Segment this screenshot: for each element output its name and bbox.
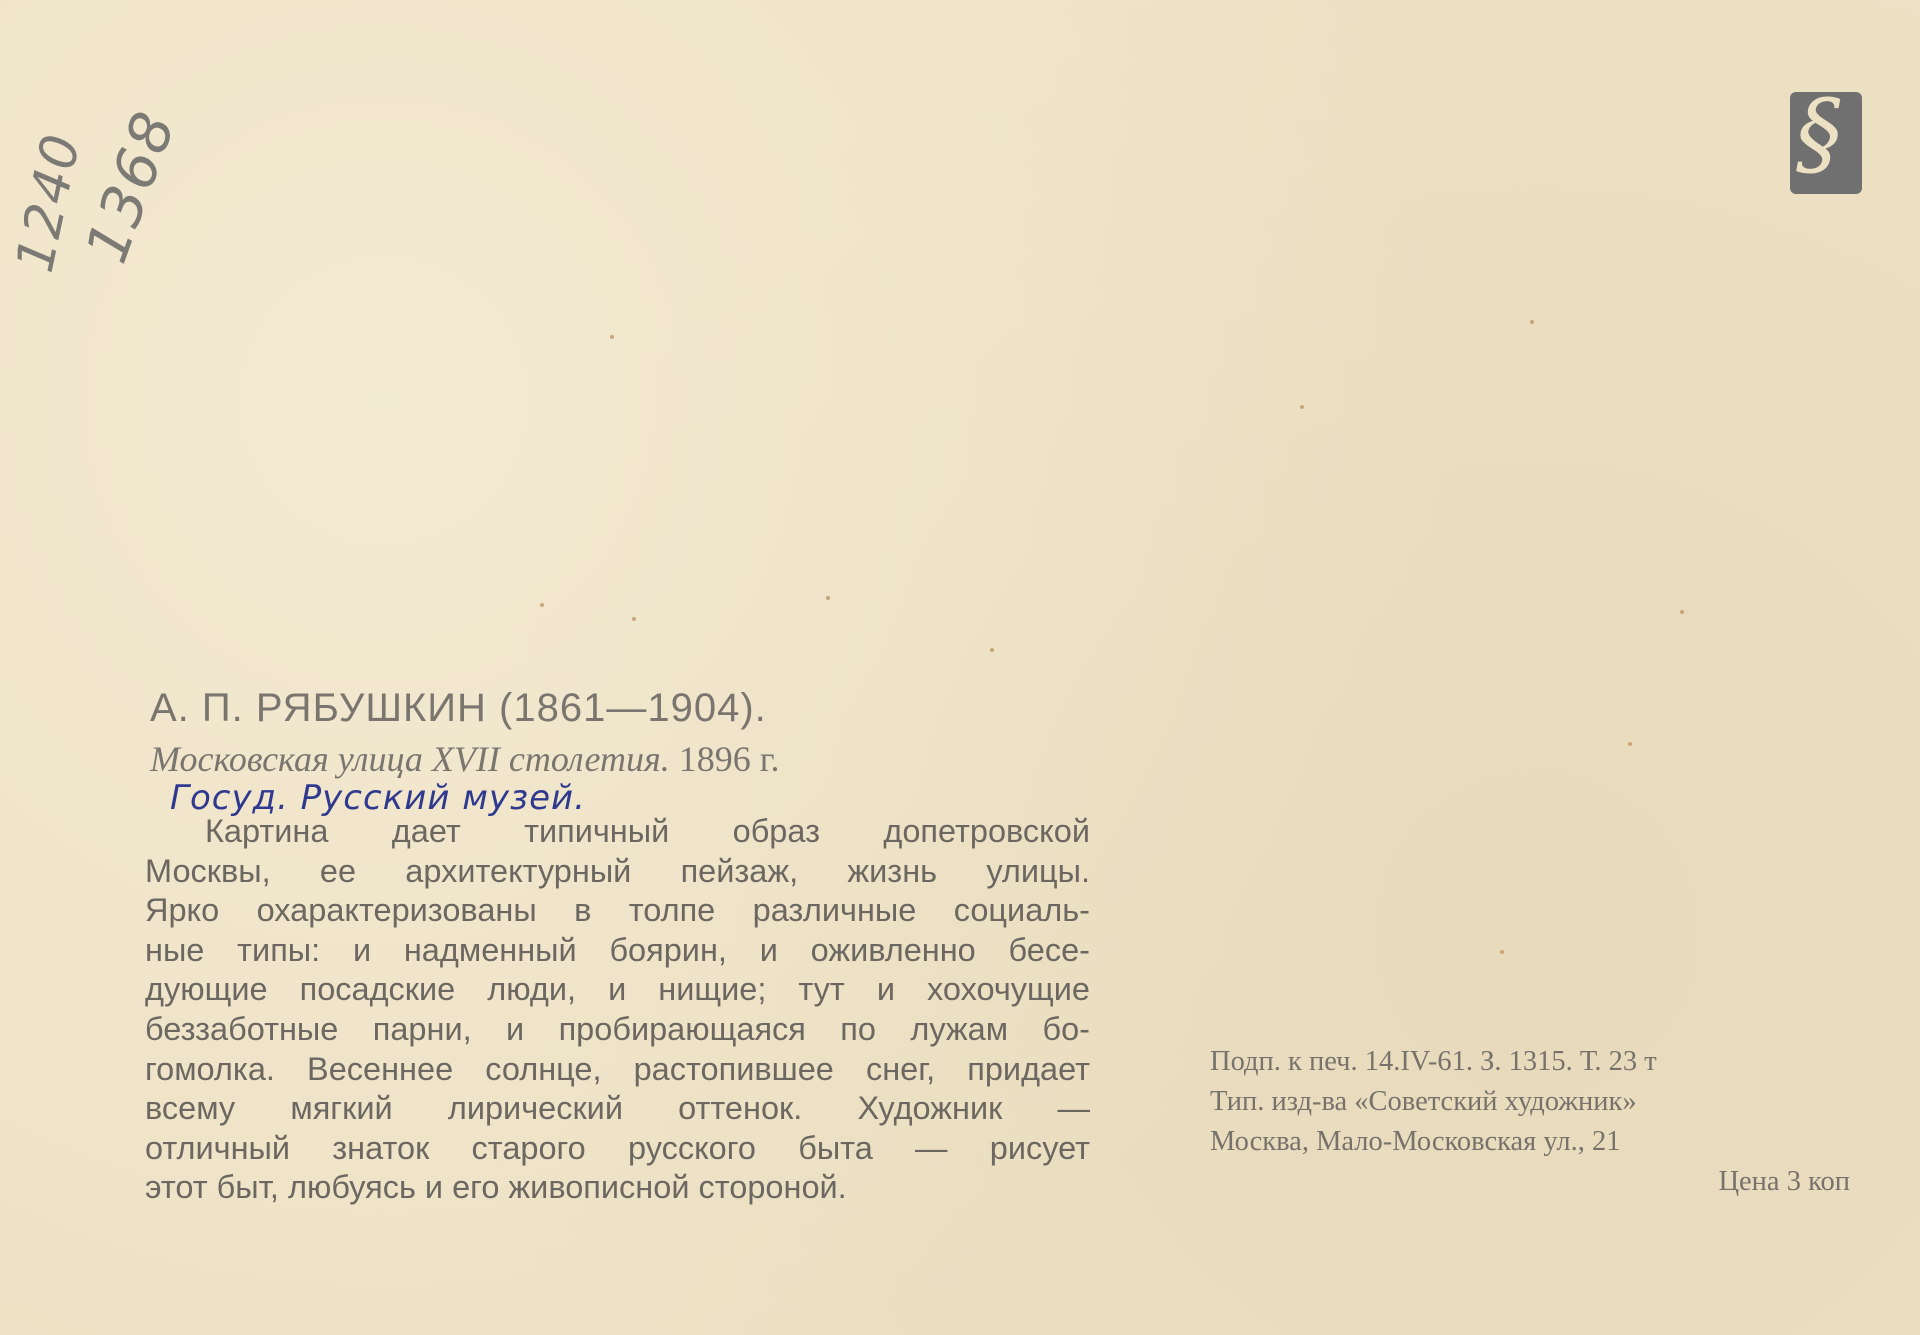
artwork-title-italic: Московская улица XVII столетия. [150,739,670,779]
imprint-publisher: Тип. изд-ва «Советский художник» [1210,1082,1850,1122]
paper-speck [1628,742,1632,746]
description-line: Картина дает типичный образ допетровской [145,812,1090,852]
imprint-print-info: Подп. к печ. 14.IV-61. З. 1315. Т. 23 т [1210,1042,1850,1082]
paper-speck [610,335,614,339]
pencil-annotation-right: 1368 [72,102,189,271]
paper-speck [826,596,830,600]
publisher-imprint: Подп. к печ. 14.IV-61. З. 1315. Т. 23 т … [1210,1042,1850,1202]
description-line: этот быт, любуясь и его живописной сторо… [145,1168,1090,1208]
description-line: отличный знаток старого русского быта — … [145,1129,1090,1169]
artist-name: А. П. РЯБУШКИН (1861—1904). [150,686,767,731]
description-line: Ярко охарактеризованы в толпе различные … [145,891,1090,931]
publisher-logo-icon: § [1790,92,1862,194]
paper-speck [1530,320,1534,324]
imprint-price: Цена 3 коп [1210,1162,1850,1202]
description-line: ные типы: и надменный боярин, и оживленн… [145,931,1090,971]
description-line: Москвы, ее архитектурный пейзаж, жизнь у… [145,852,1090,892]
imprint-address: Москва, Мало-Московская ул., 21 [1210,1122,1850,1162]
pencil-annotation-left: 1240 [5,128,93,278]
paper-speck [540,603,544,607]
logo-glyph: § [1796,92,1842,180]
artwork-description: Картина дает типичный образ допетровской… [145,812,1090,1208]
artwork-year: 1896 г. [679,739,780,779]
description-line: дующие посадские люди, и нищие; тут и хо… [145,970,1090,1010]
description-line: беззаботные парни, и пробирающаяся по лу… [145,1010,1090,1050]
paper-speck [1300,405,1304,409]
paper-speck [1680,610,1684,614]
paper-speck [1500,950,1504,954]
artwork-title: Московская улица XVII столетия. 1896 г. [150,738,779,780]
description-line: гомолка. Весеннее солнце, растопившее сн… [145,1050,1090,1090]
description-line: всему мягкий лирический оттенок. Художни… [145,1089,1090,1129]
paper-speck [632,617,636,621]
paper-speck [990,648,994,652]
